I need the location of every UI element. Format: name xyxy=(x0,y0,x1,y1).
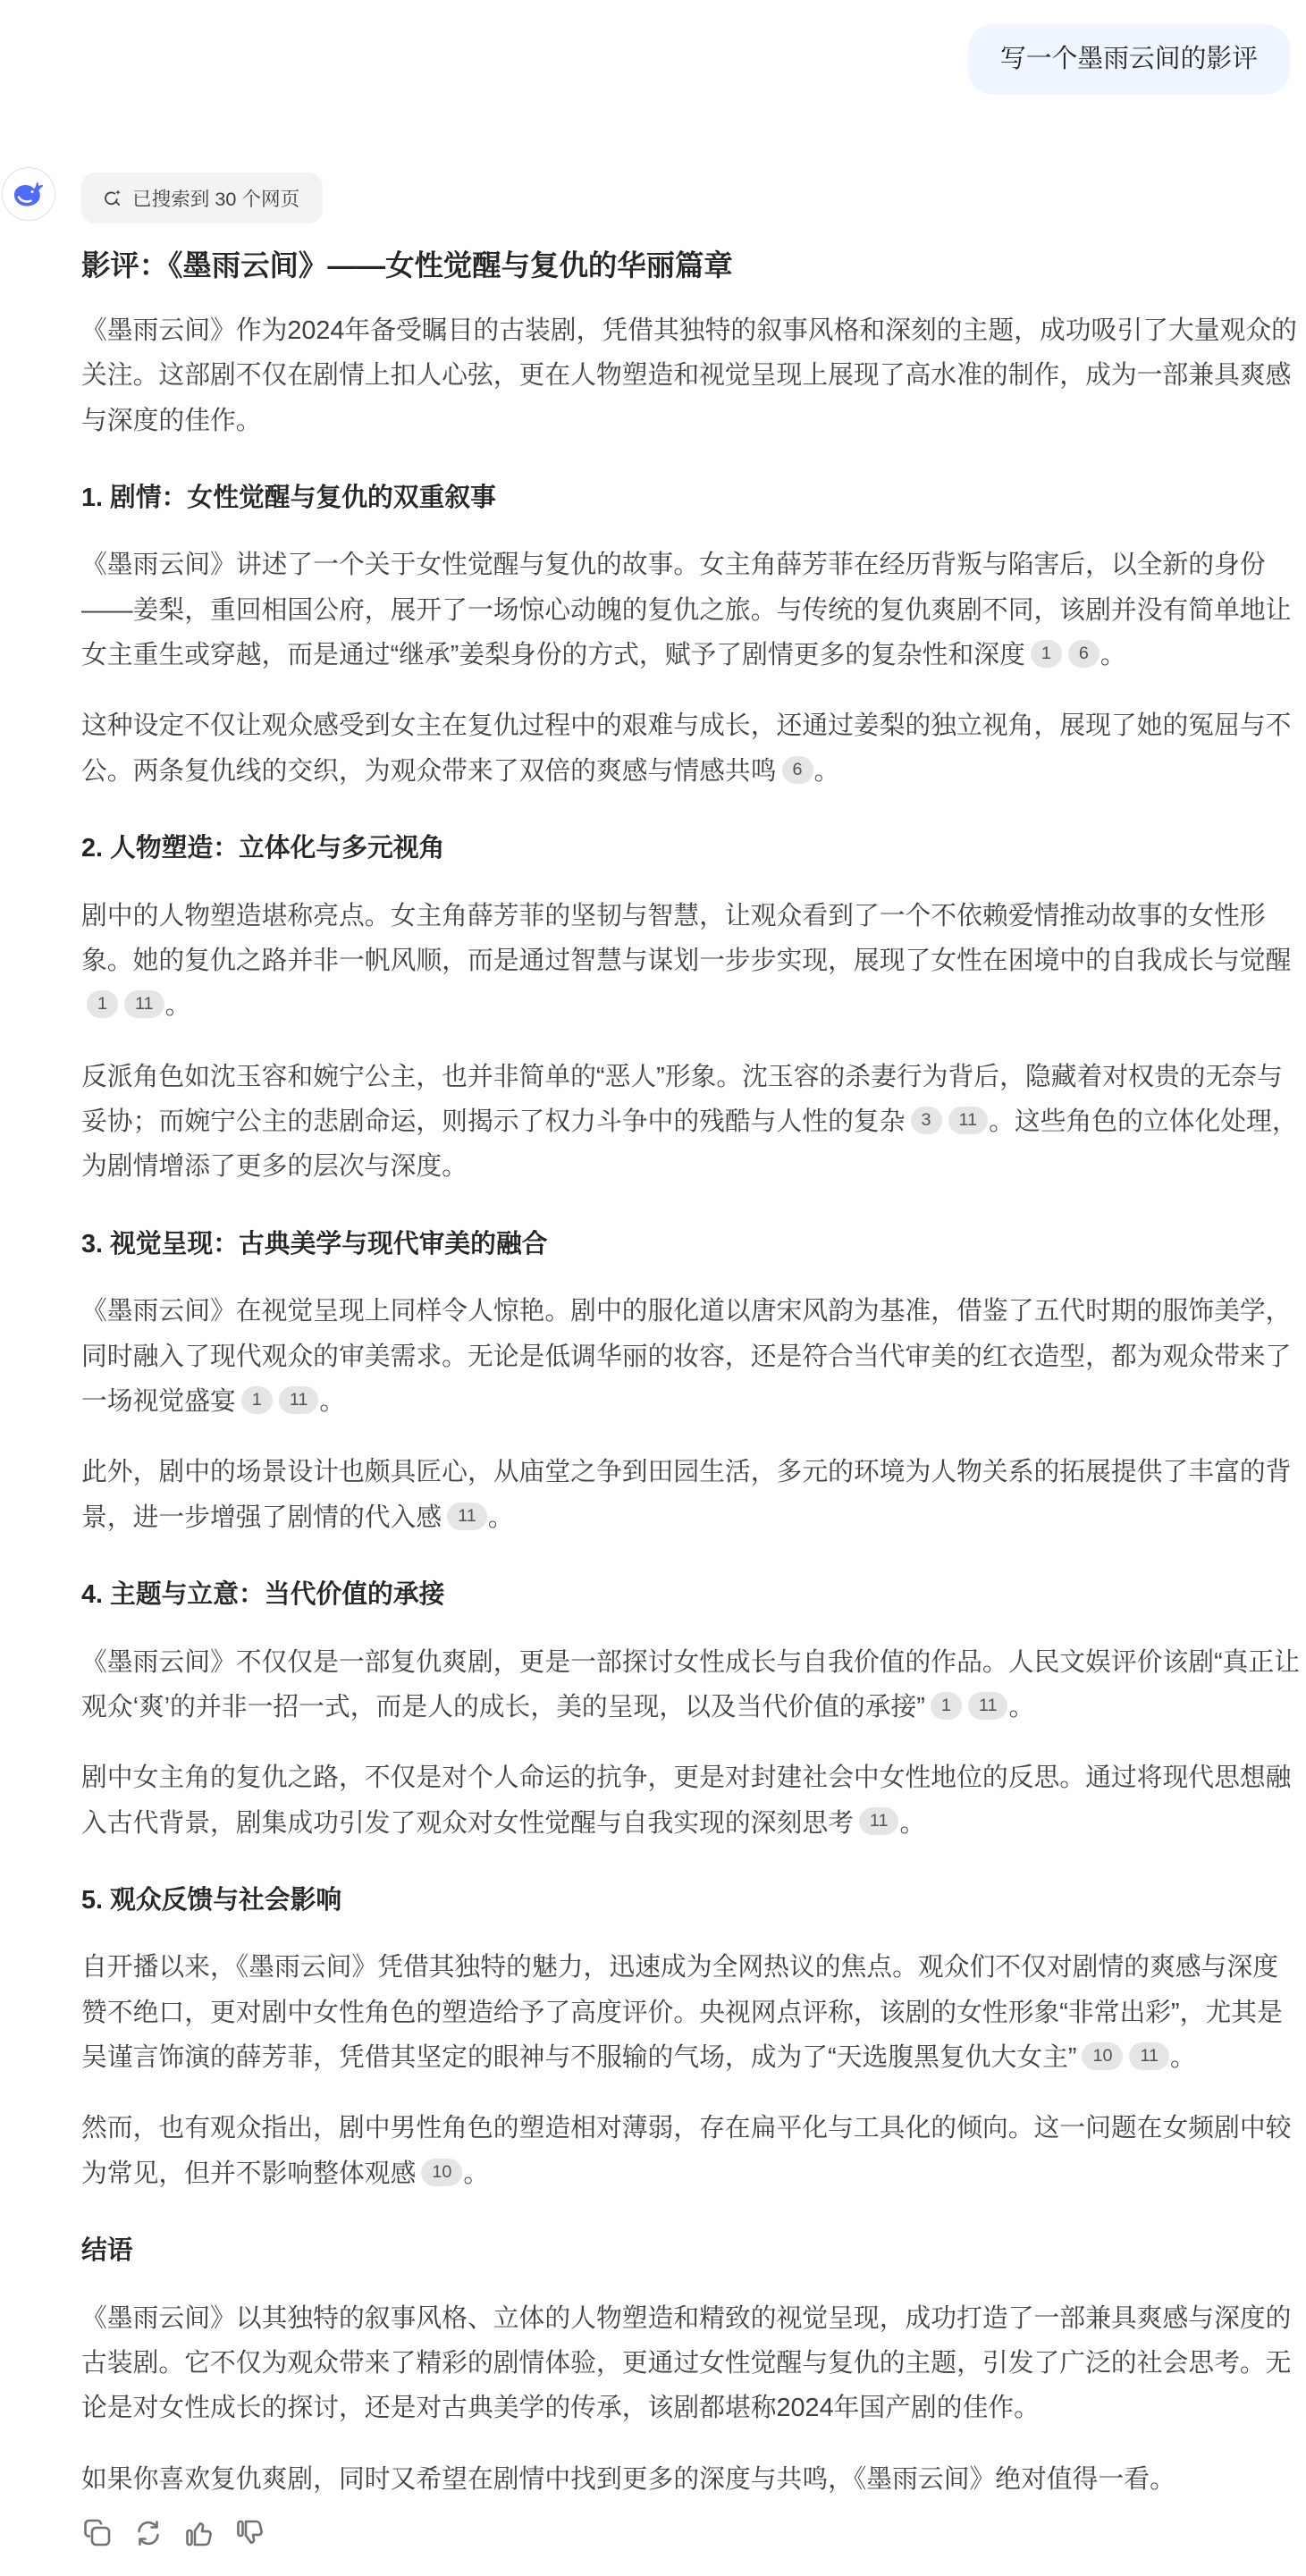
paragraph-text: 。 xyxy=(463,2159,489,2188)
citation-badge[interactable]: 1 xyxy=(87,990,118,1018)
paragraph-text: 。 xyxy=(488,1503,514,1532)
citation-badge[interactable]: 11 xyxy=(948,1107,989,1134)
section-heading-visuals: 3. 视觉呈现：古典美学与现代审美的融合 xyxy=(81,1222,1301,1267)
citation-badge[interactable]: 11 xyxy=(968,1692,1008,1720)
paragraph-text: 。 xyxy=(899,1809,925,1838)
thumbs-up-icon xyxy=(185,2519,214,2547)
user-message-bubble: 写一个墨雨云间的影评 xyxy=(968,24,1290,95)
assistant-avatar xyxy=(2,167,55,221)
citation-badge[interactable]: 1 xyxy=(931,1692,962,1720)
section-heading-theme: 4. 主题与立意：当代价值的承接 xyxy=(81,1572,1301,1617)
section-heading-characters: 2. 人物塑造：立体化与多元视角 xyxy=(81,826,1301,871)
paragraph-text: 。 xyxy=(319,1387,345,1416)
paragraph-text: 。 xyxy=(1170,2043,1196,2072)
paragraph-text: 剧中女主角的复仇之路，不仅是对个人命运的抗争，更是对封建社会中女性地位的反思。通… xyxy=(81,1764,1291,1837)
copy-button[interactable] xyxy=(83,2519,112,2547)
citation-badge[interactable]: 10 xyxy=(1082,2042,1123,2070)
section-heading-conclusion: 结语 xyxy=(81,2228,1301,2273)
deepseek-whale-logo-icon xyxy=(11,176,46,212)
review-title: 影评：《墨雨云间》——女性觉醒与复仇的华丽篇章 xyxy=(81,243,1301,288)
paragraph-text: 。 xyxy=(1008,1693,1034,1722)
paragraph-text: 《墨雨云间》以其独特的叙事风格、立体的人物塑造和精致的视觉呈现，成功打造了一部兼… xyxy=(81,2304,1291,2423)
citation-badge[interactable]: 1 xyxy=(1031,640,1062,668)
paragraph: 《墨雨云间》讲述了一个关于女性觉醒与复仇的故事。女主角薛芳菲在经历背叛与陷害后，… xyxy=(81,543,1301,678)
paragraph: 反派角色如沈玉容和婉宁公主，也并非简单的“恶人”形象。沈玉容的杀妻行为背后，隐藏… xyxy=(81,1055,1301,1190)
regenerate-button[interactable] xyxy=(134,2519,163,2547)
paragraph: 《墨雨云间》不仅仅是一部复仇爽剧，更是一部探讨女性成长与自我价值的作品。人民文娱… xyxy=(81,1640,1301,1730)
markdown-body: 《墨雨云间》作为2024年备受瞩目的古装剧，凭借其独特的叙事风格和深刻的主题，成… xyxy=(81,308,1301,2502)
citation-badge[interactable]: 6 xyxy=(782,756,813,784)
citation-badge[interactable]: 3 xyxy=(911,1107,942,1134)
dislike-button[interactable] xyxy=(236,2519,265,2547)
paragraph: 这种设定不仅让观众感受到女主在复仇过程中的艰难与成长，还通过姜梨的独立视角，展现… xyxy=(81,703,1301,794)
paragraph-text: 《墨雨云间》作为2024年备受瞩目的古装剧，凭借其独特的叙事风格和深刻的主题，成… xyxy=(81,316,1297,435)
paragraph: 自开播以来，《墨雨云间》凭借其独特的魅力，迅速成为全网热议的焦点。观众们不仅对剧… xyxy=(81,1945,1301,2080)
paragraph: 然而，也有观众指出，剧中男性角色的塑造相对薄弱，存在扁平化与工具化的倾向。这一问… xyxy=(81,2106,1301,2196)
section-heading-plot: 1. 剧情：女性觉醒与复仇的双重叙事 xyxy=(81,476,1301,520)
assistant-message: 已搜索到 30 个网页 影评：《墨雨云间》——女性觉醒与复仇的华丽篇章 《墨雨云… xyxy=(81,173,1301,2547)
paragraph: 此外，剧中的场景设计也颇具匠心，从庙堂之争到田园生活，多元的环境为人物关系的拓展… xyxy=(81,1450,1301,1540)
citation-badge[interactable]: 10 xyxy=(421,2159,462,2186)
paragraph-text: 如果你喜欢复仇爽剧，同时又希望在剧情中找到更多的深度与共鸣，《墨雨云间》绝对值得… xyxy=(81,2465,1175,2494)
paragraph: 剧中的人物塑造堪称亮点。女主角薛芳菲的坚韧与智慧，让观众看到了一个不依赖爱情推动… xyxy=(81,894,1301,1029)
paragraph-text: 。 xyxy=(165,991,191,1020)
citation-badge[interactable]: 11 xyxy=(1129,2042,1169,2070)
paragraph: 剧中女主角的复仇之路，不仅是对个人命运的抗争，更是对封建社会中女性地位的反思。通… xyxy=(81,1755,1301,1846)
like-button[interactable] xyxy=(185,2519,214,2547)
citation-badge[interactable]: 11 xyxy=(447,1503,487,1530)
citation-badge[interactable]: 1 xyxy=(241,1386,273,1414)
paragraph-intro: 《墨雨云间》作为2024年备受瞩目的古装剧，凭借其独特的叙事风格和深刻的主题，成… xyxy=(81,308,1301,443)
user-message-text: 写一个墨雨云间的影评 xyxy=(1000,45,1258,73)
thumbs-down-icon xyxy=(236,2519,265,2547)
paragraph-text: 此外，剧中的场景设计也颇具匠心，从庙堂之争到田园生活，多元的环境为人物关系的拓展… xyxy=(81,1458,1291,1531)
citation-badge[interactable]: 11 xyxy=(124,990,164,1018)
message-actions xyxy=(81,2519,1301,2547)
paragraph-text: 这种设定不仅让观众感受到女主在复仇过程中的艰难与成长，还通过姜梨的独立视角，展现… xyxy=(81,711,1291,785)
section-heading-audience: 5. 观众反馈与社会影响 xyxy=(81,1878,1301,1923)
paragraph-text: 。 xyxy=(814,757,840,786)
paragraph-text: 然而，也有观众指出，剧中男性角色的塑造相对薄弱，存在扁平化与工具化的倾向。这一问… xyxy=(81,2114,1291,2187)
paragraph-text: 剧中的人物塑造堪称亮点。女主角薛芳菲的坚韧与智慧，让观众看到了一个不依赖爱情推动… xyxy=(81,902,1291,975)
regenerate-icon xyxy=(134,2519,163,2547)
citation-badge[interactable]: 11 xyxy=(279,1386,319,1414)
paragraph: 《墨雨云间》以其独特的叙事风格、立体的人物塑造和精致的视觉呈现，成功打造了一部兼… xyxy=(81,2296,1301,2431)
search-results-label: 已搜索到 30 个网页 xyxy=(132,184,299,212)
paragraph-closing: 如果你喜欢复仇爽剧，同时又希望在剧情中找到更多的深度与共鸣，《墨雨云间》绝对值得… xyxy=(81,2457,1301,2502)
paragraph-text: 《墨雨云间》不仅仅是一部复仇爽剧，更是一部探讨女性成长与自我价值的作品。人民文娱… xyxy=(81,1648,1300,1722)
search-sparkle-icon xyxy=(103,189,122,208)
copy-icon xyxy=(83,2519,112,2547)
paragraph: 《墨雨云间》在视觉呈现上同样令人惊艳。剧中的服化道以唐宋风韵为基准，借鉴了五代时… xyxy=(81,1289,1301,1424)
citation-badge[interactable]: 11 xyxy=(859,1807,899,1835)
citation-badge[interactable]: 6 xyxy=(1068,640,1100,668)
web-search-results-chip[interactable]: 已搜索到 30 个网页 xyxy=(81,173,323,223)
paragraph-text: 。 xyxy=(1100,641,1126,669)
